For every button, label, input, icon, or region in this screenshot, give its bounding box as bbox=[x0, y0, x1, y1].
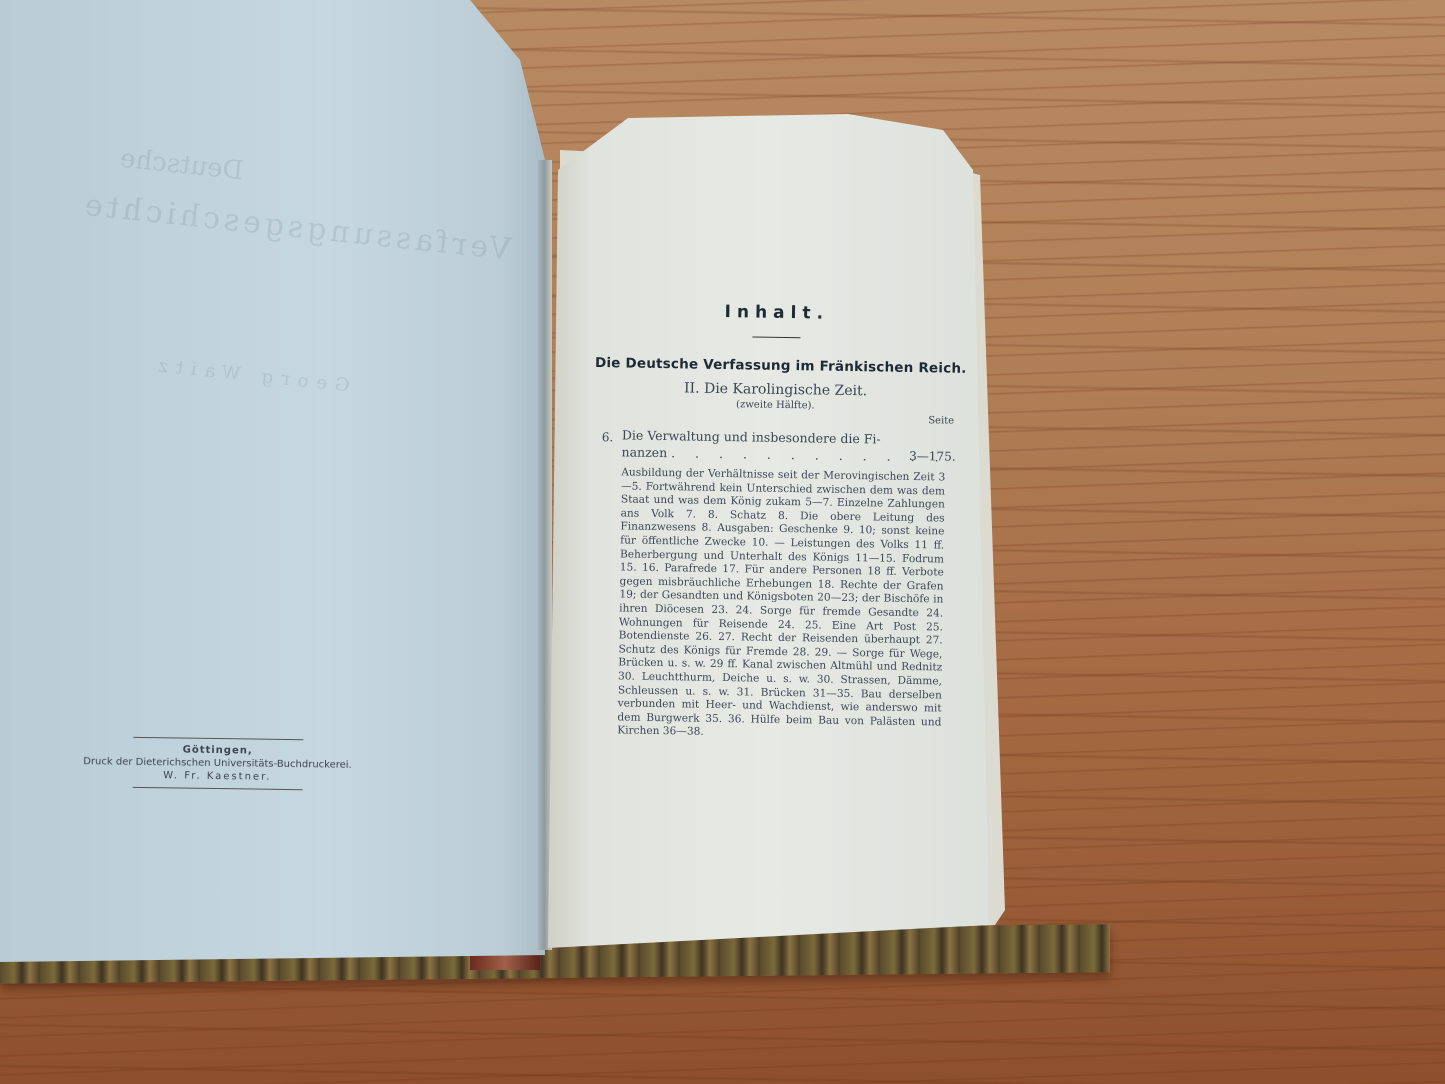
printer-imprint: Göttingen, Druck der Dieterichschen Univ… bbox=[40, 736, 396, 792]
toc-entry: Seite 6. Die Verwaltung und insbesondere… bbox=[589, 422, 956, 744]
entry-number: 6. bbox=[602, 430, 614, 444]
entry-page-range: 3—175. bbox=[909, 449, 956, 464]
bleed-through-text: Deutsche bbox=[119, 144, 245, 187]
entry-title: Die Verwaltung und insbesondere die Fi- … bbox=[621, 422, 956, 465]
imprint-owner: W. Fr. Kaestner. bbox=[40, 769, 395, 785]
toc-heading: Inhalt. bbox=[596, 300, 958, 326]
leader-dots: . . . . . . . . . . . . bbox=[671, 445, 947, 464]
bleed-through-text: Verfassungsgeschichte bbox=[79, 188, 512, 268]
page-column-label: Seite bbox=[928, 415, 954, 426]
toc-part-title: Die Deutsche Verfassung im Fränkischen R… bbox=[595, 355, 957, 377]
toc-heading-rule bbox=[752, 336, 800, 338]
table-of-contents: Inhalt. Die Deutsche Verfassung im Fränk… bbox=[589, 300, 958, 744]
imprint-bottom-rule bbox=[132, 787, 302, 790]
entry-summary: Ausbildung der Verhältnisse seit der Mer… bbox=[617, 466, 945, 743]
bleed-through-text: Georg Waitz bbox=[149, 355, 350, 397]
imprint-top-rule bbox=[133, 737, 303, 740]
left-page: Deutsche Verfassungsgeschichte Georg Wai… bbox=[0, 0, 545, 962]
